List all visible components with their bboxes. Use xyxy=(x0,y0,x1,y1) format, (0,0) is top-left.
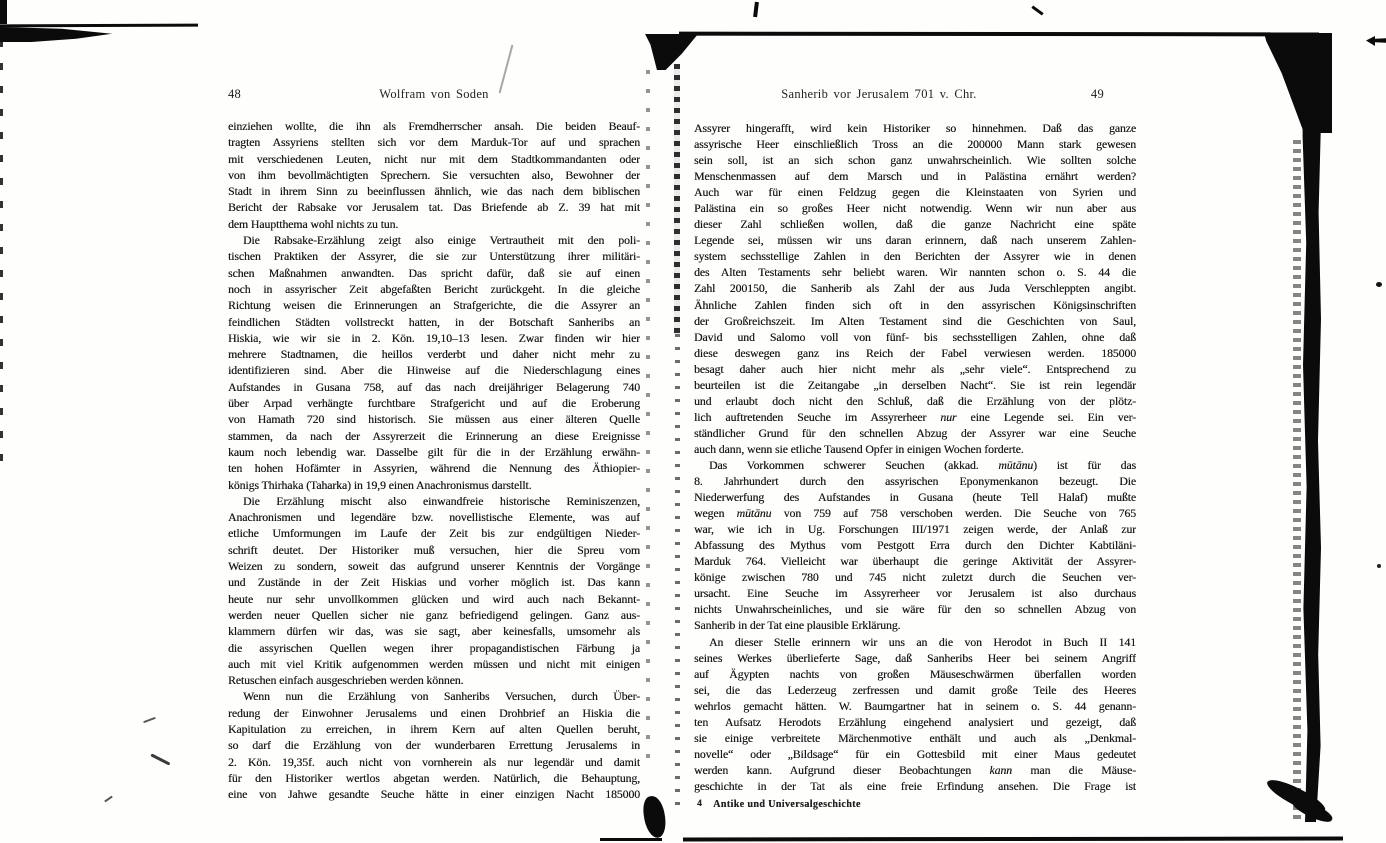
text-line: über Arpad verhängte furchtbare Strafger… xyxy=(228,395,640,411)
right-page-text-block: Assyrer hingerafft, wird kein Historiker… xyxy=(694,120,1136,794)
scanned-book-spread: { "document": { "kind": "scanned book sp… xyxy=(0,0,1386,843)
text-line: war, wie ich in Ug. Forschungen III/1971… xyxy=(694,521,1136,537)
right-page-header: Sanherib vor Jerusalem 701 v. Chr. 49 xyxy=(694,87,1136,103)
text-line: besagt daher auch hier nicht mehr als „s… xyxy=(694,361,1136,377)
scan-artifact-top-edge-line xyxy=(679,32,1319,37)
text-line: Aufstandes in Gusana 758, auf das nach d… xyxy=(228,379,640,395)
left-running-title: Wolfram von Soden xyxy=(228,87,640,102)
left-page-header: 48 Wolfram von Soden xyxy=(228,87,640,103)
text-line: Weizen zu sondern, soweit das aufgrund u… xyxy=(228,558,640,574)
text-line: werden kann. Aufgrund dieser Beobachtung… xyxy=(694,762,1136,778)
text-line: des Alten Testaments sehr beliebt waren.… xyxy=(694,264,1136,280)
text-line: auf Ägypten nachts von großen Mäuseschwä… xyxy=(694,666,1136,682)
text-line: lich auftretenden Seuche im Assyrerheer … xyxy=(694,409,1136,425)
scan-artifact-top-left-corner xyxy=(0,0,7,24)
text-line: tischen Praktiken der Assyrer, die sie z… xyxy=(228,248,640,264)
text-line: Hiskia, wie wir sie in 2. Kön. 19,10–13 … xyxy=(228,330,640,346)
text-line: sein soll, ist an sich schon ganz unwahr… xyxy=(694,152,1136,168)
text-line: und erlaubt doch nicht den Schluß, daß d… xyxy=(694,393,1136,409)
text-line: schen Maßnahmen anwandten. Das spricht d… xyxy=(228,265,640,281)
text-line: Die Erzählung mischt also einwandfreie h… xyxy=(228,493,640,509)
text-line: der Großreichszeit. Im Alten Testament s… xyxy=(694,313,1136,329)
text-line: eine von Jahwe gesandte Seuche hätte in … xyxy=(228,786,640,802)
text-line: Stadt in ihrem Sinn zu beeinflussen ähnl… xyxy=(228,183,640,199)
text-line: Menschenmassen auf dem Marsch und in Pal… xyxy=(694,168,1136,184)
text-line: An dieser Stelle erinnern wir uns an die… xyxy=(694,634,1136,650)
text-line: heute nur sehr unvollkommen glücken und … xyxy=(228,591,640,607)
text-line: Assyrer hingerafft, wird kein Historiker… xyxy=(694,120,1136,136)
scan-artifact-bottom-dash xyxy=(600,838,662,841)
text-line: Marduk 764. Vielleicht war überhaupt die… xyxy=(694,553,1136,569)
text-line: kaum noch lebendig war. Dasselbe gilt fü… xyxy=(228,444,640,460)
text-line: für den Historiker wertlos abgetan werde… xyxy=(228,770,640,786)
text-line: stammen, da nach der Assyrerzeit die Eri… xyxy=(228,428,640,444)
text-line: mehrere Stadtnamen, die heillos verderbt… xyxy=(228,346,640,362)
scan-artifact-bottom-edge-line xyxy=(683,837,1343,842)
text-line: Auch war für einen Feldzug gegen die Kle… xyxy=(694,184,1136,200)
right-running-title: Sanherib vor Jerusalem 701 v. Chr. xyxy=(694,87,1064,102)
signature-line: 4 Antike und Universalgeschichte xyxy=(697,799,861,810)
text-line: sei, die das Lederzeug zerfressen und da… xyxy=(694,682,1136,698)
text-line: Zahl 200150, die Sanherib als Zahl der a… xyxy=(694,280,1136,296)
text-line: David und Salomo voll von fünf- bis sech… xyxy=(694,329,1136,345)
text-line: so darf die Erzählung von der wunderbare… xyxy=(228,737,640,753)
text-line: Sanherib in der Tat eine plausible Erklä… xyxy=(694,617,1136,633)
scan-artifact-left-edge-strip xyxy=(0,40,3,470)
text-line: Legende sei, müssen wir uns daran erinne… xyxy=(694,232,1136,248)
scan-artifact-top-left-blob xyxy=(0,27,112,42)
text-line: königs Thirhaka (Taharka) in 19,9 einen … xyxy=(228,477,640,493)
text-line: und Zustände in der Zeit Hiskias und vor… xyxy=(228,574,640,590)
text-line: wegen mūtānu von 759 auf 758 verschoben … xyxy=(694,505,1136,521)
text-line: schrift deutet. Der Historiker muß versu… xyxy=(228,542,640,558)
text-line: 8. Jahrhundert durch den assyrischen Epo… xyxy=(694,473,1136,489)
scan-artifact-right-arrow-mark xyxy=(1366,36,1386,46)
text-line: beurteilen ist die Zeitangabe „in dersel… xyxy=(694,377,1136,393)
right-page-number: 49 xyxy=(1091,87,1104,102)
text-line: Retuschen einfach ausgeschrieben werden … xyxy=(228,672,640,688)
text-line: auch dann, wenn sie etliche Tausend Opfe… xyxy=(694,441,1136,457)
text-line: nichts Unwahrscheinliches, und sie wäre … xyxy=(694,601,1136,617)
text-line: wehrlos gemacht hätten. W. Baumgartner h… xyxy=(694,698,1136,714)
text-line: werden neuer Quellen sicher nie ganz bef… xyxy=(228,607,640,623)
text-line: seines Werkes überlieferte Sage, daß San… xyxy=(694,650,1136,666)
text-line: Die Rabsake-Erzählung zeigt also einige … xyxy=(228,232,640,248)
text-line: diese deswegen ganz ins Reich der Fabel … xyxy=(694,345,1136,361)
scan-artifact-gutter-speckle-left xyxy=(646,70,650,770)
text-line: dieser Zahl schließen wollen, daß die ga… xyxy=(694,216,1136,232)
scan-artifact-right-band-flare xyxy=(1262,33,1332,133)
text-line: 2. Kön. 19,35f. auch nicht von vornherei… xyxy=(228,754,640,770)
text-line: noch in assyrischer Zeit abgefaßten Beri… xyxy=(228,281,640,297)
text-line: dem Hauptthema wohl nichts zu tun. xyxy=(228,216,640,232)
text-line: könige zwischen 780 und 745 nicht zuletz… xyxy=(694,569,1136,585)
text-line: system sechsstellige Zahlen in den Beric… xyxy=(694,248,1136,264)
scan-artifact-top-left-line xyxy=(0,24,198,28)
text-line: klammern dürfen wir das, was sie sagt, a… xyxy=(228,623,640,639)
text-line: geschichte in der Tat als eine freie Erf… xyxy=(694,778,1136,794)
scan-artifact-gutter-speckle-upper xyxy=(674,64,680,334)
text-line: einziehen wollte, die ihn als Fremdherrs… xyxy=(228,118,640,134)
text-line: novelle“ oder „Bildsage“ für ein Gottesb… xyxy=(694,746,1136,762)
text-line: ten hohen Hofämter in Assyrien, während … xyxy=(228,460,640,476)
text-line: tragten Assyriens stellten sich vor dem … xyxy=(228,134,640,150)
text-line: mit verschiedenen Leuten, nicht nur mit … xyxy=(228,151,640,167)
text-line: ursacht. Eine Seuche im Assyrerheer vor … xyxy=(694,585,1136,601)
text-line: auch mit viel Kritik aufgenommen werden … xyxy=(228,656,640,672)
scan-artifact-dot-lower xyxy=(1377,564,1381,568)
text-line: die assyrischen Quellen wegen ihrer prop… xyxy=(228,640,640,656)
scan-artifact-dot-upper xyxy=(1376,282,1382,287)
scan-artifact-margin-scratch-1 xyxy=(143,717,156,723)
text-line: Wenn nun die Erzählung von Sanheribs Ver… xyxy=(228,688,640,704)
scan-artifact-right-edge-band xyxy=(1301,60,1321,822)
scan-artifact-margin-scratch-2 xyxy=(151,753,171,765)
text-line: Das Vorkommen schwerer Seuchen (akkad. m… xyxy=(694,457,1136,473)
text-line: von Hamath 720 sind historisch. Sie müss… xyxy=(228,411,640,427)
text-line: Palästina ein so großes Heer nicht notwe… xyxy=(694,200,1136,216)
left-page-text-block: einziehen wollte, die ihn als Fremdherrs… xyxy=(228,118,640,802)
text-line: ständlicher Grund für den schnellen Abzu… xyxy=(694,425,1136,441)
text-line: identifizieren sind. Aber die Hinweise a… xyxy=(228,362,640,378)
text-line: Bericht der Rabsake vor Jerusalem tat. D… xyxy=(228,199,640,215)
text-line: redung der Einwohner Jerusalems und eine… xyxy=(228,705,640,721)
text-line: Richtung weisen die Erinnerungen an Stra… xyxy=(228,297,640,313)
scan-artifact-top-diagonal-tick xyxy=(1031,5,1043,15)
text-line: Abfassung des Mythus vom Pestgott Erra d… xyxy=(694,537,1136,553)
text-line: ten Aufsatz Herodots Erzählung eingehend… xyxy=(694,714,1136,730)
text-line: Niederwerfung des Aufstandes in Gusana (… xyxy=(694,489,1136,505)
text-line: feindlichen Städten vollstreckt hatten, … xyxy=(228,314,640,330)
scan-artifact-gutter-speckle-lower xyxy=(675,334,680,814)
scan-artifact-gutter-blot-top xyxy=(644,34,698,70)
text-line: von ihm bevollmächtigten Sprechern. Sie … xyxy=(228,167,640,183)
text-line: Ähnliche Zahlen finden sich oft in den a… xyxy=(694,297,1136,313)
scan-artifact-gutter-blot-bottom xyxy=(642,795,667,839)
signature-mark: 4 xyxy=(697,799,702,810)
text-line: sie einige verbreitete Märchenmotive ent… xyxy=(694,730,1136,746)
signature-text: Antike und Universalgeschichte xyxy=(713,799,861,810)
scan-artifact-right-band-fuzz xyxy=(1293,140,1301,820)
text-line: Anachronismen und legendäre bzw. novelli… xyxy=(228,509,640,525)
scan-artifact-margin-scratch-3 xyxy=(104,796,113,803)
scan-artifact-top-tick xyxy=(753,2,759,17)
text-line: etliche Umformungen im Laufe der Zeit bi… xyxy=(228,525,640,541)
text-line: Kapitulation zu erreichen, in ihrem Kern… xyxy=(228,721,640,737)
text-line: assyrische Heer einschließlich Tross an … xyxy=(694,136,1136,152)
